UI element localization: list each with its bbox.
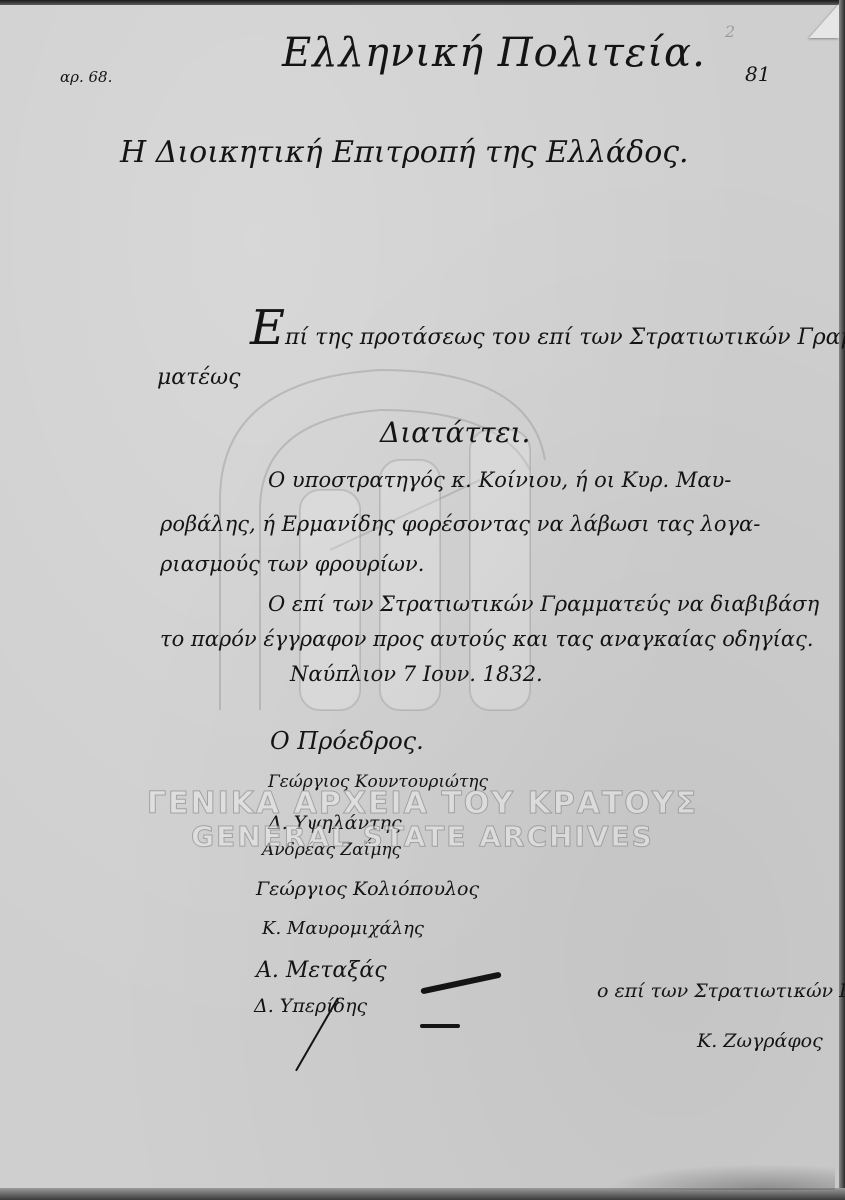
body-line: Ο υποστρατηγός κ. Κοίνιου, ή οι Κυρ. Μαυ… [268,468,731,492]
signature: Δ. Υπερίδης [254,995,367,1017]
secretary-signature: Κ. Ζωγράφος [697,1030,823,1052]
secretary-title: ο επί των Στρατιωτικών Γραμματεύς [597,980,845,1002]
scan-right-edge [839,0,845,1200]
body-line: Ο επί των Στρατιωτικών Γραμματεύς να δια… [268,592,819,616]
water-stain [605,1164,835,1190]
document-title: Ελληνική Πολιτεία. [282,30,706,76]
signature-flourish [420,972,501,995]
issuing-authority: Η Διοικητική Επιτροπή της Ελλάδος. [120,135,689,170]
decree-heading: Διατάττει. [380,416,530,449]
scan-top-edge [0,0,845,5]
body-line: ροβάλης, ή Ερμανίδης φορέσοντας να λάβωσ… [160,512,760,536]
intro-text: πί της προτάσεως του επί των Στρατιωτικώ… [285,325,845,350]
archive-mark: 2 [725,22,735,41]
date-line: Ναύπλιον 7 Ιουν. 1832. [290,662,543,686]
watermark-english: GENERAL STATE ARCHIVES [0,820,845,853]
intro-line-2: ματέως [157,365,240,390]
signature: Γεώργιος Κολιόπουλος [256,878,479,900]
reference-number: αρ. 68. [60,68,112,86]
intro-initial: Ε [250,300,285,356]
intro-line-1: Επί της προτάσεως του επί των Στρατιωτικ… [250,300,845,356]
signature: Κ. Μαυρομιχάλης [262,918,424,939]
folded-corner [809,4,839,38]
signature-heading: Ο Πρόεδρος. [270,727,424,755]
body-line: το παρόν έγγραφον προς αυτούς και τας αν… [160,627,814,651]
body-line: ριασμούς των φρουρίων. [160,552,424,576]
document-page: 2 αρ. 68. Ελληνική Πολιτεία. 81 Η Διοικη… [0,0,845,1200]
folio-number: 81 [745,62,770,86]
signature-flourish [420,1024,460,1028]
watermark-greek: ΓΕΝΙΚΑ ΑΡΧΕΙΑ ΤΟΥ ΚΡΑΤΟΥΣ [0,786,845,821]
signature: Α. Μεταξάς [256,958,387,983]
